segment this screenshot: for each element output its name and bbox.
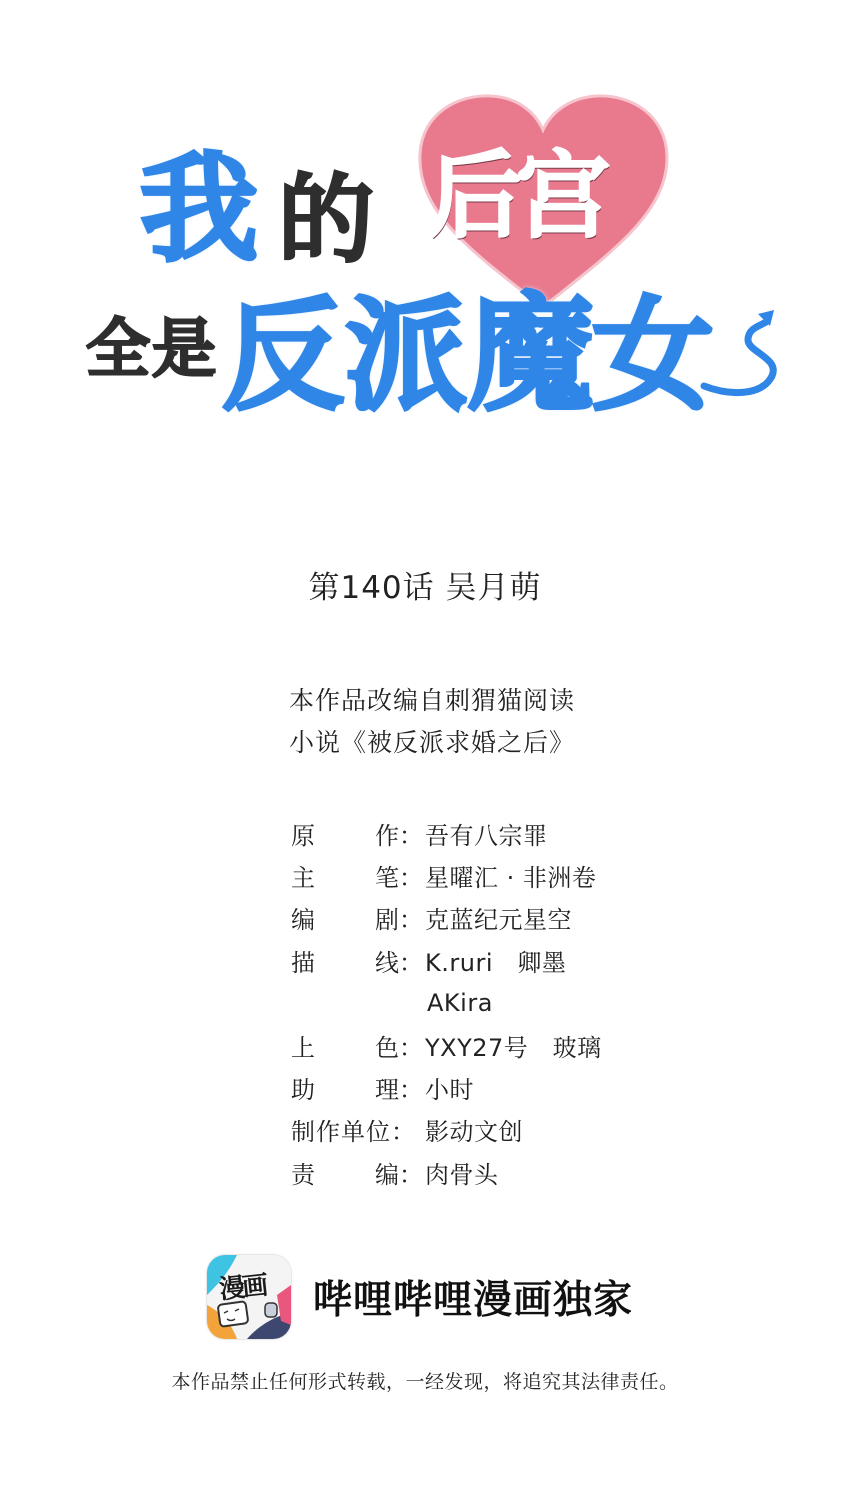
source-note: 本作品改编自刺猬猫阅读 小说《被反派求婚之后》 bbox=[289, 680, 575, 764]
title-logo: 后宫 我 的 全 是 反 派 魔 女 bbox=[0, 0, 850, 460]
bilibili-manga-app-icon: 漫画 bbox=[207, 1255, 291, 1339]
credit-value: 星曜汇 · 非洲卷 bbox=[423, 858, 596, 893]
title-char: 全 bbox=[86, 318, 150, 382]
credit-row: 上色： YXY27号 玻璃 bbox=[291, 1024, 602, 1066]
credit-row: 描线： K.ruri 卿墨 bbox=[291, 939, 602, 981]
source-line: 小说《被反派求婚之后》 bbox=[289, 722, 575, 764]
publisher-badge: 漫画 哔哩哔哩漫画独家 bbox=[207, 1255, 633, 1339]
credit-label: 编剧： bbox=[291, 900, 423, 935]
credit-row: 助理： 小时 bbox=[291, 1066, 602, 1108]
heart-text: 后宫 bbox=[428, 150, 604, 244]
title-char: 女 bbox=[592, 295, 714, 417]
app-icon-text: 漫画 bbox=[217, 1265, 267, 1307]
credit-label: 责编： bbox=[291, 1155, 423, 1190]
credit-row: 原作： 吾有八宗罪 bbox=[291, 812, 602, 854]
credit-label: 描线： bbox=[291, 943, 423, 978]
source-line: 本作品改编自刺猬猫阅读 bbox=[289, 680, 575, 722]
credit-value: 克蓝纪元星空 bbox=[423, 900, 572, 935]
credit-value: 影动文创 bbox=[423, 1112, 523, 1147]
copyright-notice: 本作品禁止任何形式转载，一经发现，将追究其法律责任。 bbox=[0, 1367, 850, 1394]
credit-row: 主笔： 星曜汇 · 非洲卷 bbox=[291, 854, 602, 896]
credit-value: K.ruri 卿墨 bbox=[423, 943, 566, 978]
title-char: 派 bbox=[345, 295, 467, 417]
title-char: 魔 bbox=[468, 292, 594, 418]
credit-label: 主笔： bbox=[291, 858, 423, 893]
credit-value: 吾有八宗罪 bbox=[423, 816, 548, 851]
credit-row: 制作单位： 影动文创 bbox=[291, 1109, 602, 1151]
credit-label: 助理： bbox=[291, 1070, 423, 1105]
credit-row: 编剧： 克蓝纪元星空 bbox=[291, 897, 602, 939]
credit-row: 责编： 肉骨头 bbox=[291, 1151, 602, 1193]
credit-value: 肉骨头 bbox=[423, 1155, 499, 1190]
credit-label: 上色： bbox=[291, 1028, 423, 1063]
credit-value: AKira bbox=[423, 989, 493, 1017]
publisher-name: 哔哩哔哩漫画独家 bbox=[313, 1269, 633, 1325]
chapter-title: 第140话 吴月萌 bbox=[0, 562, 850, 607]
devil-tail-icon bbox=[700, 300, 790, 410]
credit-value: YXY27号 玻璃 bbox=[423, 1028, 602, 1063]
credit-label: 制作单位： bbox=[291, 1112, 423, 1147]
title-char: 的 bbox=[278, 172, 374, 268]
credit-value: 小时 bbox=[423, 1070, 474, 1105]
title-char: 反 bbox=[222, 295, 344, 417]
credit-row-continuation: AKira bbox=[291, 982, 602, 1024]
title-char: 我 bbox=[140, 150, 258, 268]
credits-list: 原作： 吾有八宗罪 主笔： 星曜汇 · 非洲卷 编剧： 克蓝纪元星空 描线： K… bbox=[291, 812, 602, 1194]
credit-label: 原作： bbox=[291, 816, 423, 851]
title-char: 是 bbox=[152, 318, 216, 382]
